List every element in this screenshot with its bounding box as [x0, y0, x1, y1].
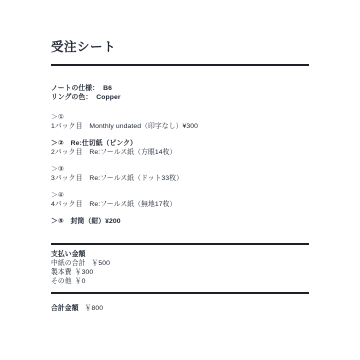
pack-item-4-detail: 4パック目 Re:フールス紙（無地17枚）: [51, 200, 309, 209]
total-section: 合計金額￥800: [51, 304, 309, 313]
pack-item-3-header: ＞③: [51, 165, 309, 174]
note-spec-value: B6: [103, 85, 112, 92]
total-label: 合計金額: [51, 305, 79, 312]
payment-row-other: その他￥0: [51, 277, 309, 286]
title-divider: [51, 64, 309, 66]
pack-item-3-detail: 3パック目 Re:フールス紙（ドット33枚）: [51, 174, 309, 183]
payment-row-binding-fee-label: 製本費: [51, 269, 72, 276]
total-amount: ￥800: [85, 305, 104, 312]
pack-item-2-header: ＞② Re:仕切紙（ピンク）: [51, 139, 309, 148]
pack-item-4-header: ＞④: [51, 191, 309, 200]
order-sheet-document: 受注シート ノートの仕様：B6 リングの色：Copper ＞① 1パック目 Mo…: [0, 0, 360, 360]
page-title: 受注シート: [51, 40, 309, 54]
ring-color-value: Copper: [96, 94, 120, 101]
payment-row-paper-total-amount: ￥500: [91, 260, 110, 267]
pack-item-1-header: ＞①: [51, 113, 309, 122]
pack-item-1: ＞① 1パック目 Monthly undated（印字なし）¥300: [51, 113, 309, 131]
pack-item-2: ＞② Re:仕切紙（ピンク） 2パック目 Re:フールス紙（方眼14枚）: [51, 139, 309, 157]
payment-row-paper-total: 中紙の合計￥500: [51, 259, 309, 268]
pack-items-section: ＞① 1パック目 Monthly undated（印字なし）¥300 ＞② Re…: [51, 113, 309, 226]
spec-section: ノートの仕様：B6 リングの色：Copper: [51, 84, 309, 102]
payment-row-binding-fee: 製本費￥300: [51, 268, 309, 277]
pack-item-2-detail: 2パック目 Re:フールス紙（方眼14枚）: [51, 148, 309, 157]
ring-color-line: リングの色：Copper: [51, 93, 309, 102]
payment-section-divider: [51, 243, 309, 245]
payment-row-other-label: その他: [51, 278, 72, 285]
ring-color-label: リングの色：: [51, 94, 92, 101]
pack-item-5-header: ＞⑤ 封筒（紺）¥200: [51, 217, 309, 226]
note-spec-label: ノートの仕様：: [51, 85, 99, 92]
payment-row-binding-fee-amount: ￥300: [75, 269, 94, 276]
payment-section: 支払い金額 中紙の合計￥500 製本費￥300 その他￥0: [51, 250, 309, 286]
pack-item-3: ＞③ 3パック目 Re:フールス紙（ドット33枚）: [51, 165, 309, 183]
payment-heading: 支払い金額: [51, 250, 309, 259]
pack-item-5: ＞⑤ 封筒（紺）¥200: [51, 217, 309, 226]
total-section-divider: [51, 292, 309, 294]
payment-row-other-amount: ￥0: [75, 278, 86, 285]
note-spec-line: ノートの仕様：B6: [51, 84, 309, 93]
pack-item-1-detail: 1パック目 Monthly undated（印字なし）¥300: [51, 122, 309, 131]
pack-item-4: ＞④ 4パック目 Re:フールス紙（無地17枚）: [51, 191, 309, 209]
payment-row-paper-total-label: 中紙の合計: [51, 260, 85, 267]
